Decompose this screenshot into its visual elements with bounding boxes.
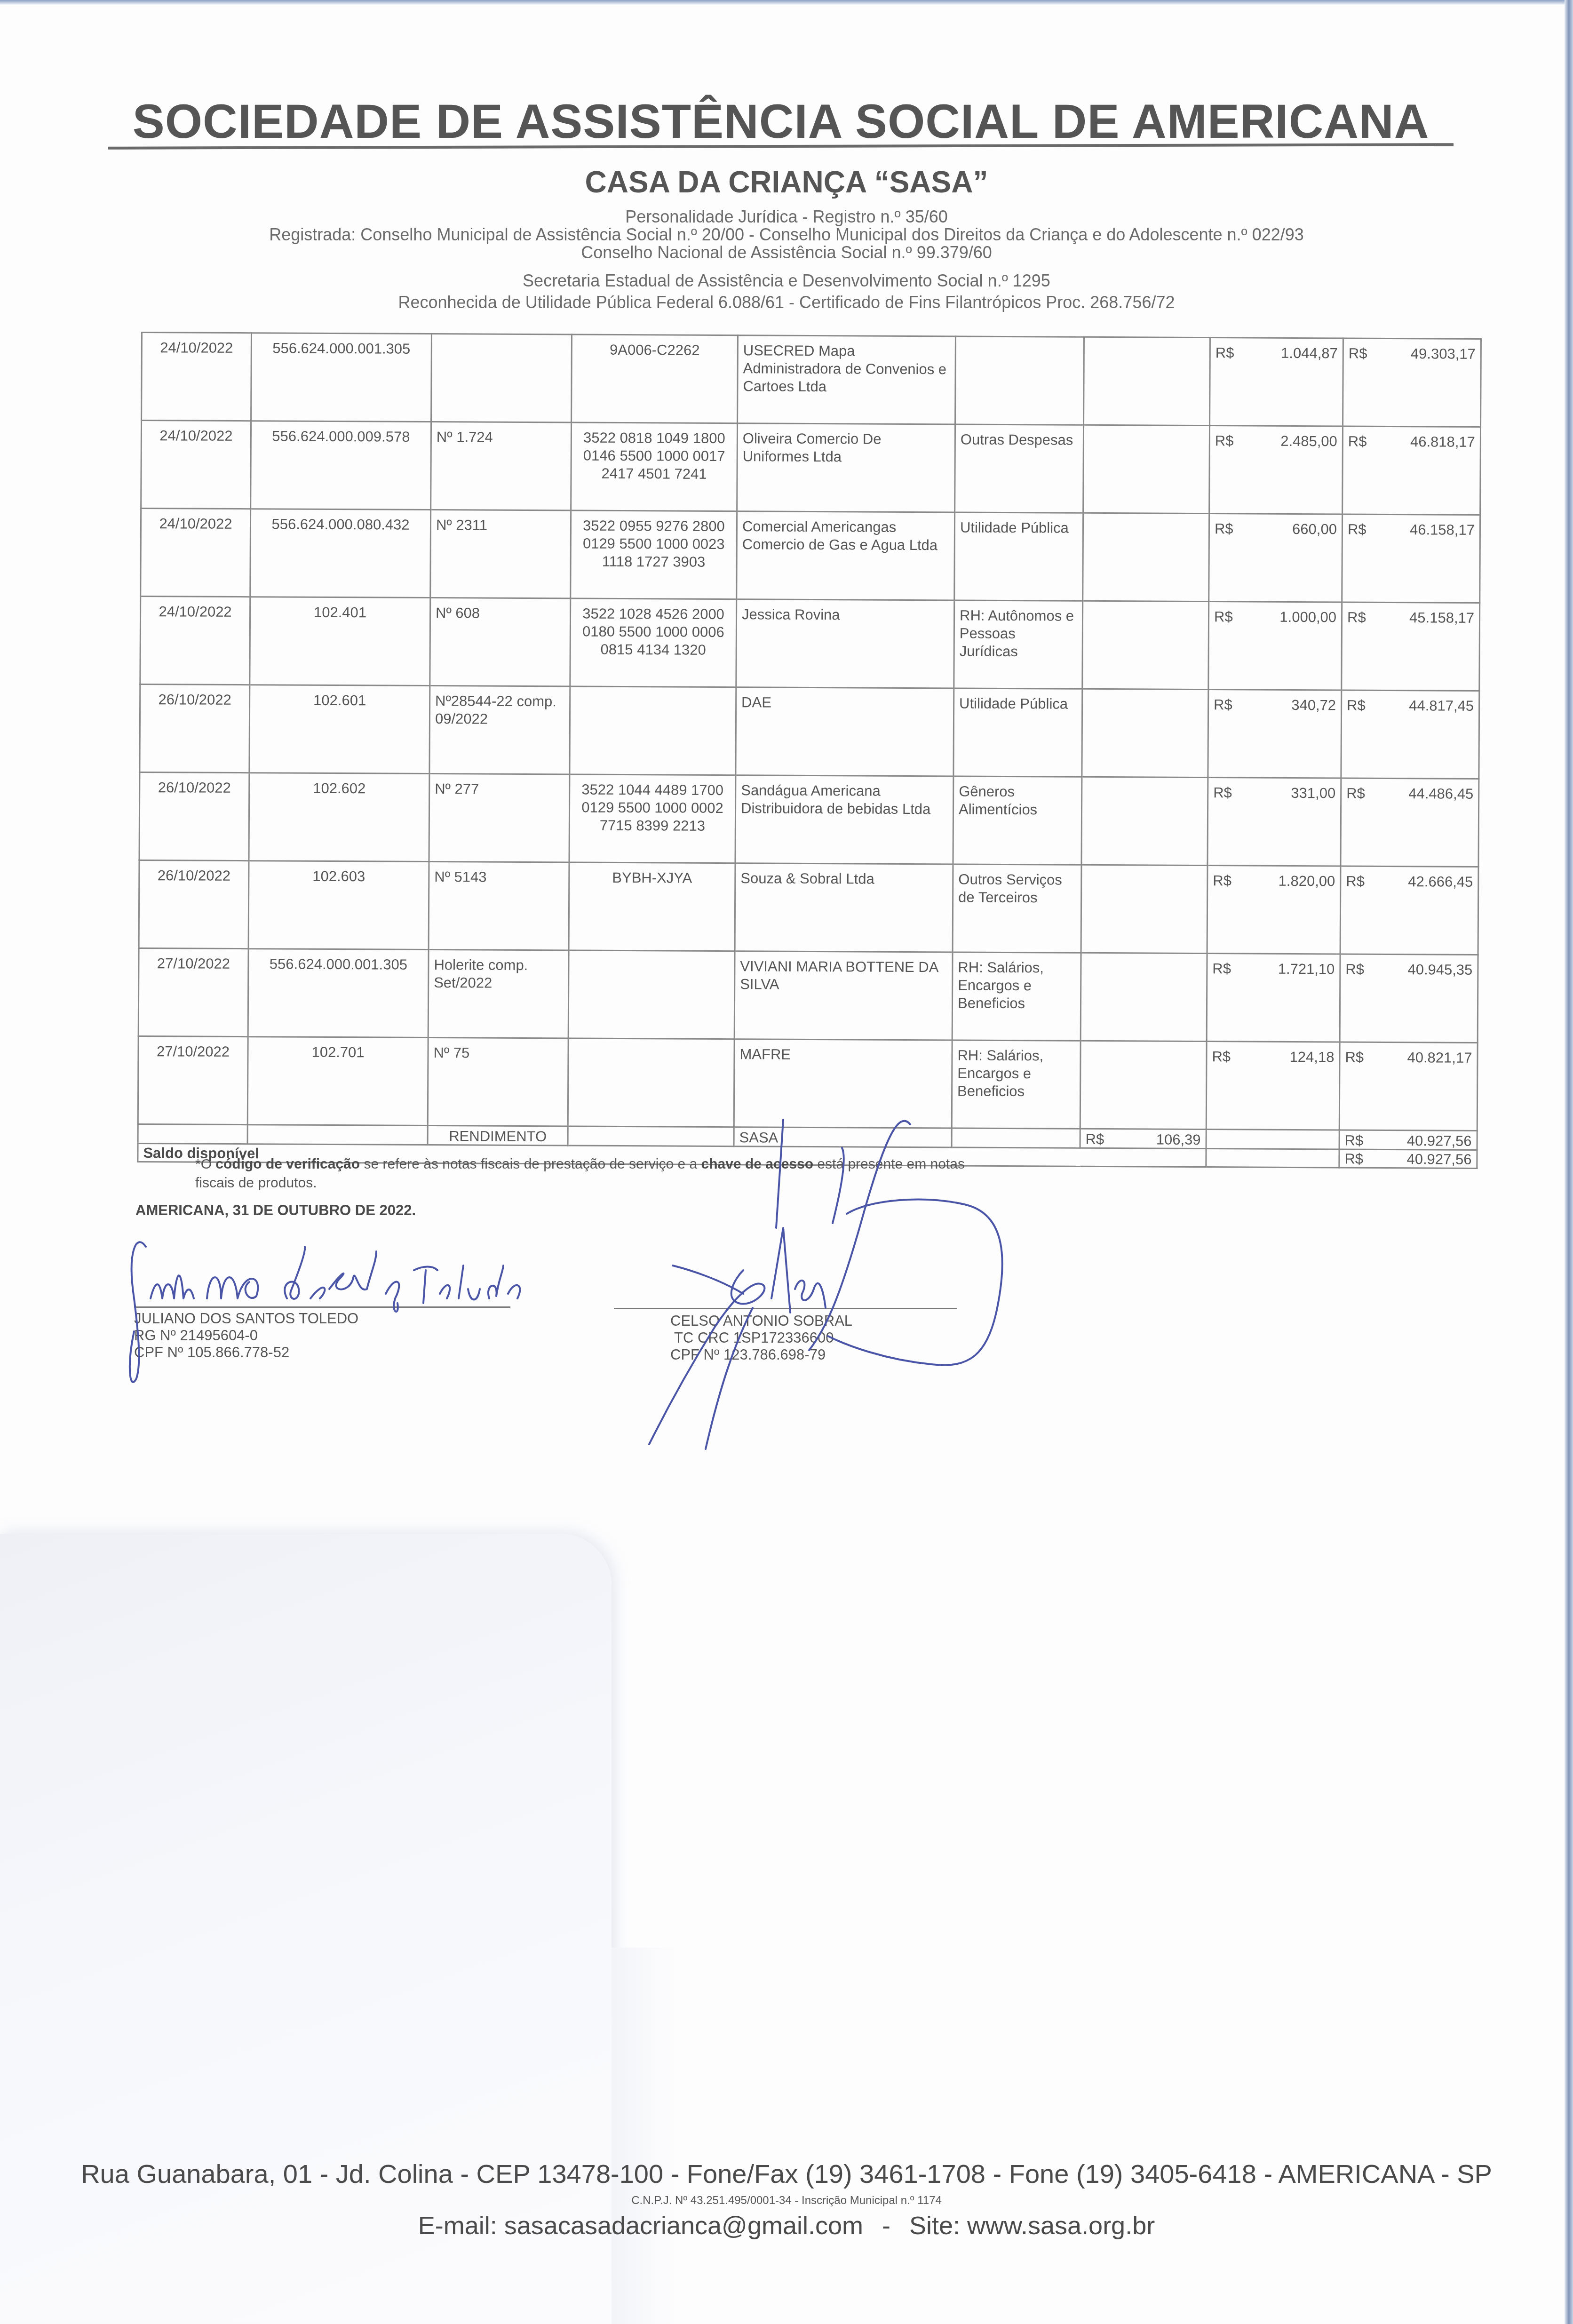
expense-cell: R$1.721,10 — [1207, 954, 1340, 1042]
currency-symbol: R$ — [1348, 521, 1366, 539]
document-cell: 102.602 — [249, 773, 429, 862]
table-row: 26/10/2022102.602Nº 2773522 1044 4489 17… — [139, 772, 1479, 867]
available-balance-value-value: R$40.927,56 — [1344, 1151, 1471, 1168]
invoice-cell: Nº 2311 — [430, 510, 571, 598]
currency-symbol: R$ — [1214, 696, 1232, 714]
amount: 40.821,17 — [1407, 1049, 1472, 1067]
currency-symbol: R$ — [1215, 520, 1233, 538]
document-cell: 556.624.000.001.305 — [248, 949, 429, 1038]
supplier-cell: Sandágua Americana Distribuidora de bebi… — [735, 775, 953, 864]
note-text: se refere às notas fiscais de prestação … — [360, 1156, 701, 1172]
available-balance-value: R$40.927,56 — [1339, 1149, 1477, 1168]
amount: 46.818,17 — [1410, 433, 1475, 451]
income-cell — [1082, 601, 1209, 689]
footer-separator: - — [882, 2212, 890, 2240]
registration-line: Personalidade Jurídica - Registro n.º 35… — [0, 207, 1573, 227]
note-bold-term: código de verificação — [215, 1156, 360, 1172]
supplier-cell: Oliveira Comercio De Uniformes Ltda — [737, 423, 955, 512]
invoice-cell: Nº 277 — [429, 774, 570, 862]
balance-cell-value: R$40.821,17 — [1345, 1049, 1472, 1067]
invoice-cell: Nº 1.724 — [431, 422, 572, 510]
amount: 44.817,45 — [1409, 697, 1474, 715]
footer-cnpj: C.N.P.J. Nº 43.251.495/0001-34 - Inscriç… — [0, 2194, 1573, 2207]
currency-symbol: R$ — [1345, 961, 1364, 979]
date-cell: 24/10/2022 — [141, 421, 251, 509]
document-cell: 102.701 — [247, 1037, 428, 1126]
currency-symbol: R$ — [1344, 1151, 1363, 1167]
currency-symbol: R$ — [1347, 697, 1366, 715]
signature-line-1 — [134, 1306, 510, 1308]
footer-contact: E-mail: sasacasadacrianca@gmail.com-Site… — [0, 2211, 1573, 2240]
invoice-cell: Nº 608 — [430, 598, 571, 686]
balance-cell: R$40.945,35 — [1340, 954, 1478, 1043]
balance-cell: R$44.817,45 — [1341, 690, 1479, 779]
note-text: *O — [195, 1156, 215, 1172]
signature-line-2 — [614, 1308, 957, 1309]
signatory-rg: RG Nº 21495604-0 — [134, 1327, 358, 1344]
date-cell: 24/10/2022 — [141, 509, 251, 597]
invoice-cell — [431, 334, 572, 422]
document-cell: 102.601 — [249, 685, 430, 774]
invoice-cell: Holerite comp. Set/2022 — [428, 950, 569, 1038]
expense-cell: R$1.000,00 — [1208, 602, 1342, 690]
verification-note: *O código de verificação se refere às no… — [195, 1155, 995, 1193]
document-cell: 556.624.000.009.578 — [251, 421, 431, 510]
verification-code-cell: 3522 1044 4489 1700 0129 5500 1000 0002 … — [569, 774, 736, 863]
balance-cell-value: R$49.303,17 — [1349, 345, 1476, 363]
currency-symbol: R$ — [1348, 433, 1367, 451]
organization-title: SOCIEDADE DE ASSISTÊNCIA SOCIAL DE AMERI… — [108, 94, 1454, 149]
expense-cell-value: R$331,00 — [1213, 784, 1335, 802]
balance-cell-value: R$46.818,17 — [1348, 433, 1475, 451]
income-cell — [1083, 513, 1209, 601]
date-cell: 27/10/2022 — [138, 948, 248, 1036]
supplier-cell: Souza & Sobral Ltda — [735, 863, 953, 952]
expense-cell-value: R$660,00 — [1215, 520, 1337, 538]
currency-symbol: R$ — [1214, 608, 1233, 626]
currency-symbol: R$ — [1347, 609, 1366, 627]
expense-cell: R$124,18 — [1206, 1042, 1340, 1130]
expense-cell-value: R$1.044,87 — [1215, 344, 1338, 362]
verification-code-cell — [568, 1038, 734, 1127]
table-row: 24/10/2022556.624.000.001.3059A006-C2262… — [142, 333, 1481, 427]
signatory-cpf: CPF Nº 105.866.778-52 — [134, 1344, 358, 1361]
amount: 40.927,56 — [1406, 1151, 1471, 1168]
balance-cell: R$49.303,17 — [1343, 338, 1481, 427]
supplier-cell: MAFRE — [734, 1039, 952, 1128]
income-cell — [1080, 953, 1207, 1041]
verification-code-cell: 9A006-C2262 — [572, 334, 738, 423]
balance-cell-value: R$46.158,17 — [1348, 521, 1475, 539]
currency-symbol: R$ — [1346, 873, 1365, 891]
table-row: 26/10/2022102.603Nº 5143BYBH-XJYASouza &… — [139, 860, 1478, 955]
amount: 340,72 — [1291, 696, 1336, 714]
verification-code-cell: 3522 0818 1049 1800 0146 5500 1000 0017 … — [571, 422, 738, 511]
invoice-cell: RENDIMENTO — [428, 1125, 568, 1145]
document-cell — [247, 1125, 428, 1145]
signatory-1: JULIANO DOS SANTOS TOLEDO RG Nº 21495604… — [134, 1310, 358, 1361]
page-edge-top — [0, 0, 1573, 5]
category-cell — [955, 336, 1084, 425]
invoice-cell: Nº 5143 — [429, 862, 569, 950]
amount: 331,00 — [1291, 784, 1335, 802]
currency-symbol: R$ — [1086, 1131, 1104, 1147]
document-cell: 102.401 — [250, 597, 430, 686]
expense-cell-value: R$1.820,00 — [1213, 872, 1335, 890]
currency-symbol: R$ — [1345, 1133, 1364, 1149]
balance-cell-value: R$40.927,56 — [1345, 1133, 1472, 1149]
balance-cell: R$46.818,17 — [1343, 426, 1481, 515]
supplier-cell: Comercial Americangas Comercio de Gas e … — [737, 511, 955, 600]
balance-cell: R$44.486,45 — [1341, 778, 1479, 867]
balance-cell-value: R$44.486,45 — [1346, 785, 1473, 803]
verification-code-cell — [568, 1126, 734, 1146]
amount: 660,00 — [1292, 520, 1337, 538]
amount: 2.485,00 — [1280, 432, 1337, 451]
date-cell: 24/10/2022 — [142, 333, 252, 421]
balance-cell-value: R$44.817,45 — [1347, 697, 1474, 715]
supplier-cell: SASA — [734, 1127, 952, 1147]
currency-symbol: R$ — [1215, 432, 1234, 450]
table-row: 24/10/2022556.624.000.080.432Nº 23113522… — [141, 509, 1480, 603]
amount: 42.666,45 — [1408, 873, 1473, 891]
currency-symbol: R$ — [1345, 1049, 1364, 1066]
amount: 40.927,56 — [1407, 1133, 1472, 1149]
expense-cell: R$660,00 — [1209, 514, 1343, 602]
currency-symbol: R$ — [1213, 784, 1232, 802]
signatory-2: CELSO ANTONIO SOBRAL TC CRC 1SP172336600… — [670, 1313, 852, 1363]
expense-cell-value: R$1.000,00 — [1214, 608, 1336, 626]
invoice-cell: Nº 75 — [428, 1037, 568, 1126]
footer-email[interactable]: E-mail: sasacasadacrianca@gmail.com — [418, 2212, 863, 2240]
footer-address: Rua Guanabara, 01 - Jd. Colina - CEP 134… — [0, 2158, 1573, 2189]
supplier-cell: VIVIANI MARIA BOTTENE DA SILVA — [734, 951, 953, 1040]
category-cell: Outras Despesas — [955, 424, 1084, 513]
amount: 124,18 — [1290, 1048, 1335, 1066]
amount: 44.486,45 — [1408, 785, 1473, 803]
amount: 1.000,00 — [1279, 608, 1336, 627]
currency-symbol: R$ — [1212, 1048, 1231, 1066]
document-cell: 556.624.000.001.305 — [251, 333, 432, 422]
expense-ledger-table: 24/10/2022556.624.000.001.3059A006-C2262… — [137, 332, 1482, 1169]
income-cell — [1084, 337, 1210, 425]
expense-cell: R$2.485,00 — [1209, 426, 1343, 514]
table-row: 27/10/2022556.624.000.001.305Holerite co… — [138, 948, 1478, 1043]
date-cell: 26/10/2022 — [140, 684, 250, 772]
paper-fold-shadow-edge — [612, 1948, 677, 2324]
income-cell: R$106,39 — [1080, 1129, 1206, 1148]
table-row: 26/10/2022102.601Nº28544-22 comp. 09/202… — [140, 684, 1479, 779]
date-cell: 26/10/2022 — [139, 860, 249, 948]
category-cell: Utilidade Pública — [953, 688, 1082, 777]
registration-line: Conselho Nacional de Assistência Social … — [0, 243, 1573, 263]
balance-cell: R$45.158,17 — [1342, 602, 1480, 691]
amount: 45.158,17 — [1409, 609, 1474, 627]
currency-symbol: R$ — [1213, 872, 1231, 890]
balance-cell: R$46.158,17 — [1342, 514, 1480, 603]
income-cell — [1080, 1041, 1207, 1129]
table-row: 27/10/2022102.701Nº 75MAFRERH: Salários,… — [138, 1036, 1478, 1130]
verification-code-cell — [568, 950, 735, 1039]
category-cell: RH: Salários, Encargos e Beneficios — [952, 1040, 1080, 1129]
expense-cell — [1206, 1149, 1339, 1168]
supplier-cell: DAE — [736, 687, 954, 776]
table-row: 24/10/2022556.624.000.009.578Nº 1.724352… — [141, 421, 1481, 515]
amount: 40.945,35 — [1407, 961, 1472, 979]
note-bold-term: chave de acesso — [701, 1156, 814, 1172]
balance-cell-value: R$40.945,35 — [1345, 961, 1472, 979]
income-cell-value: R$106,39 — [1086, 1131, 1201, 1148]
signatory-name: JULIANO DOS SANTOS TOLEDO — [134, 1310, 358, 1327]
balance-cell-value: R$45.158,17 — [1347, 609, 1474, 627]
date-cell: 24/10/2022 — [140, 597, 250, 685]
expense-cell-value: R$124,18 — [1212, 1048, 1334, 1066]
verification-code-cell — [570, 686, 736, 775]
category-cell: Gêneros Alimentícios — [953, 776, 1082, 865]
expense-cell: R$1.044,87 — [1210, 338, 1343, 426]
verification-code-cell: BYBH-XJYA — [569, 862, 735, 951]
income-cell — [1081, 777, 1208, 865]
supplier-cell: USECRED Mapa Administradora de Convenios… — [738, 335, 956, 424]
registration-line: Secretaria Estadual de Assistência e Des… — [0, 271, 1573, 291]
currency-symbol: R$ — [1349, 345, 1367, 363]
currency-symbol: R$ — [1212, 960, 1231, 978]
income-cell — [1083, 425, 1210, 513]
balance-cell: R$40.821,17 — [1339, 1042, 1478, 1130]
expense-cell-value: R$340,72 — [1214, 696, 1336, 714]
expense-cell: R$331,00 — [1208, 778, 1341, 866]
date-cell: 27/10/2022 — [138, 1036, 248, 1124]
currency-symbol: R$ — [1215, 344, 1234, 362]
amount: 49.303,17 — [1411, 345, 1476, 363]
amount: 46.158,17 — [1410, 521, 1475, 539]
balance-cell: R$42.666,45 — [1340, 866, 1478, 955]
category-cell: Utilidade Pública — [954, 512, 1083, 601]
date-cell: 26/10/2022 — [139, 772, 249, 860]
date-cell — [138, 1124, 247, 1144]
invoice-cell: Nº28544-22 comp. 09/2022 — [429, 686, 570, 774]
registration-line: Registrada: Conselho Municipal de Assist… — [0, 225, 1573, 245]
verification-code-cell: 3522 0955 9276 2800 0129 5500 1000 0023 … — [571, 510, 737, 599]
expense-cell-value: R$1.721,10 — [1212, 960, 1335, 978]
amount: 106,39 — [1156, 1132, 1201, 1148]
income-cell — [1081, 865, 1208, 953]
page-edge-right — [1565, 0, 1573, 2324]
document-cell: 102.603 — [248, 861, 429, 950]
category-cell: RH: Autônomos e Pessoas Jurídicas — [954, 600, 1083, 689]
expense-cell: R$340,72 — [1208, 690, 1342, 778]
amount: 1.721,10 — [1278, 960, 1335, 979]
signatory-cpf: CPF Nº 123.786.698-79 — [670, 1346, 852, 1363]
signatory-crc: TC CRC 1SP172336600 — [670, 1329, 852, 1346]
verification-code-cell: 3522 1028 4526 2000 0180 5500 1000 0006 … — [570, 598, 737, 687]
category-cell — [952, 1128, 1080, 1148]
supplier-cell: Jessica Rovina — [736, 599, 954, 688]
category-cell: Outros Serviços de Terceiros — [953, 864, 1081, 953]
balance-cell: R$40.927,56 — [1339, 1130, 1477, 1150]
table-row: 24/10/2022102.401Nº 6083522 1028 4526 20… — [140, 597, 1480, 691]
expense-cell — [1206, 1130, 1339, 1149]
registration-line: Reconhecida de Utilidade Pública Federal… — [0, 293, 1573, 312]
balance-cell-value: R$42.666,45 — [1346, 873, 1473, 891]
footer-site[interactable]: Site: www.sasa.org.br — [909, 2212, 1155, 2240]
signatory-name: CELSO ANTONIO SOBRAL — [670, 1313, 852, 1329]
expense-cell-value: R$2.485,00 — [1215, 432, 1337, 450]
organization-subtitle: CASA DA CRIANÇA “SASA” — [0, 165, 1573, 199]
currency-symbol: R$ — [1346, 785, 1365, 803]
place-and-date: AMERICANA, 31 DE OUTUBRO DE 2022. — [135, 1202, 416, 1219]
expense-cell: R$1.820,00 — [1207, 866, 1341, 954]
amount: 1.044,87 — [1281, 344, 1338, 363]
amount: 1.820,00 — [1279, 872, 1335, 891]
income-cell — [1082, 689, 1208, 777]
category-cell: RH: Salários, Encargos e Beneficios — [952, 952, 1081, 1041]
document-cell: 556.624.000.080.432 — [250, 509, 431, 598]
